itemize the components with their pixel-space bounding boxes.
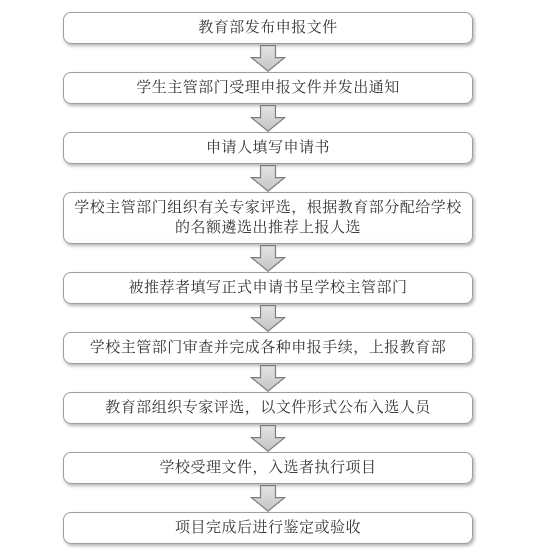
flow-step-box: 学校主管部门组织有关专家评选，根据教育部分配给学校 的名额遴选出推荐上报人选 [63,192,473,244]
down-arrow-icon [250,305,286,332]
down-arrow-icon [250,165,286,192]
down-arrow-icon [250,365,286,392]
flow-step-label: 教育部组织专家评选，以文件形式公布入选人员 [105,398,431,418]
flowchart: 教育部发布申报文件 学生主管部门受理申报文件并发出通知 申请人填写申请书 学校主… [63,0,473,544]
down-arrow-icon [250,485,286,512]
flow-step-label: 项目完成后进行鉴定或验收 [175,518,361,538]
flow-step-box: 教育部发布申报文件 [63,12,473,44]
flow-step-box: 被推荐者填写正式申请书呈学校主管部门 [63,272,473,304]
down-arrow-icon [250,45,286,72]
flow-step-box: 申请人填写申请书 [63,132,473,164]
flow-step-box: 学生主管部门受理申报文件并发出通知 [63,72,473,104]
flow-step: 学校主管部门审查并完成各种申报手续，上报教育部 [63,332,473,392]
flow-step-label: 被推荐者填写正式申请书呈学校主管部门 [128,278,407,298]
flow-step-label: 申请人填写申请书 [206,138,330,158]
flow-step-label: 教育部发布申报文件 [198,18,338,38]
flow-step-label: 学校主管部门审查并完成各种申报手续，上报教育部 [90,338,447,358]
flow-step-box: 学校主管部门审查并完成各种申报手续，上报教育部 [63,332,473,364]
flow-step: 教育部发布申报文件 [63,12,473,72]
flow-step-label: 学校主管部门组织有关专家评选，根据教育部分配给学校 的名额遴选出推荐上报人选 [74,198,462,238]
down-arrow-icon [250,105,286,132]
flow-step-box: 项目完成后进行鉴定或验收 [63,512,473,544]
flow-step: 学生主管部门受理申报文件并发出通知 [63,72,473,132]
flow-step: 申请人填写申请书 [63,132,473,192]
flow-step: 项目完成后进行鉴定或验收 [63,512,473,544]
down-arrow-icon [250,245,286,272]
flow-step-box: 教育部组织专家评选，以文件形式公布入选人员 [63,392,473,424]
flow-step-label: 学生主管部门受理申报文件并发出通知 [136,78,400,98]
flow-step-label: 学校受理文件，入选者执行项目 [159,458,376,478]
down-arrow-icon [250,425,286,452]
flow-step: 学校主管部门组织有关专家评选，根据教育部分配给学校 的名额遴选出推荐上报人选 [63,192,473,272]
flow-step: 被推荐者填写正式申请书呈学校主管部门 [63,272,473,332]
flow-step: 学校受理文件，入选者执行项目 [63,452,473,512]
flow-step: 教育部组织专家评选，以文件形式公布入选人员 [63,392,473,452]
flow-step-box: 学校受理文件，入选者执行项目 [63,452,473,484]
